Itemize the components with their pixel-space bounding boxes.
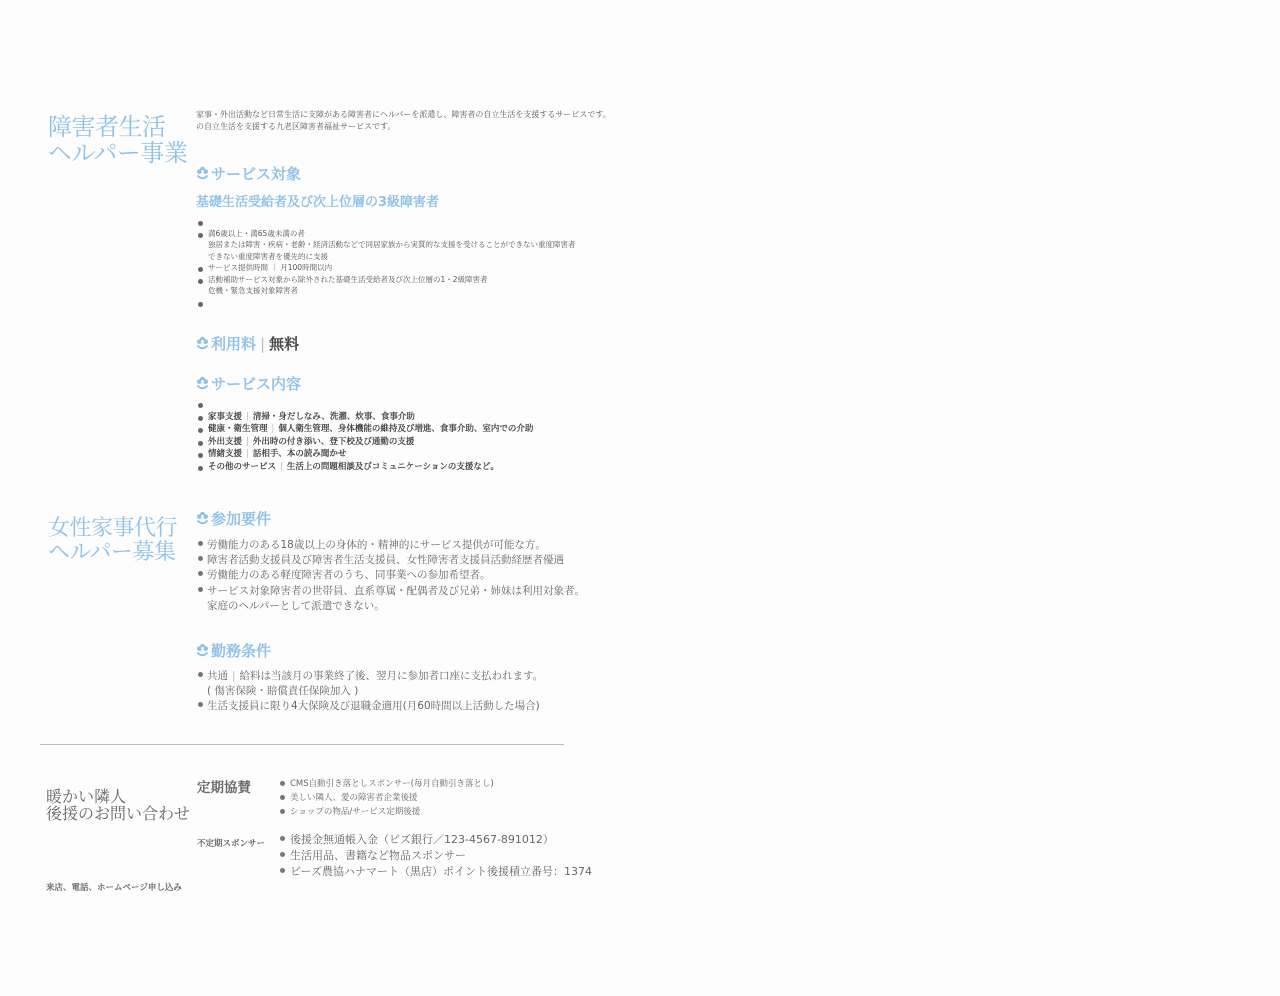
item-label: 外出支援 bbox=[208, 437, 242, 447]
title-line: ヘルパー事業 bbox=[48, 140, 187, 166]
item-label: その他のサービス bbox=[208, 462, 276, 472]
list-item: 外出支援|外出時の付き添い、登下校及び通勤の支援 bbox=[196, 436, 616, 449]
flower-icon bbox=[196, 376, 209, 392]
requirements-heading: 参加要件 bbox=[196, 508, 271, 529]
apply-note: 来店、電話、ホームページ申し込み bbox=[46, 881, 182, 893]
list-item: ビーズ農協ハナマート（黒店）ポイント後援積立番号：1374 bbox=[279, 864, 619, 880]
list-item: CMS自動引き落としスポンサー(毎月自動引き落とし) bbox=[279, 777, 579, 791]
list-item: 労働能力のある軽度障害者のうち、同事業への参加希望者。 bbox=[197, 568, 617, 583]
title-line: 暖かい隣人 bbox=[46, 788, 190, 805]
heading-text: サービス内容 bbox=[211, 373, 301, 394]
title-line: 後援のお問い合わせ bbox=[46, 805, 190, 822]
title-line: 障害者生活 bbox=[48, 114, 187, 140]
list-item: 共通|給料は当該月の事業終了後、翌月に参加者口座に支払われます。 bbox=[197, 669, 617, 684]
list-item: 健康・衛生管理|個人衛生管理、身体機能の維持及び増進、食事介助、室内での介助 bbox=[196, 423, 616, 436]
section-divider bbox=[40, 744, 564, 745]
item-desc: 生活上の問題相談及びコミュニケーションの支援など。 bbox=[287, 462, 499, 472]
support-title: 暖かい隣人 後援のお問い合わせ bbox=[46, 788, 190, 822]
item-label: 情緒支援 bbox=[208, 449, 242, 459]
service-target-list: 満6歳以上・満65歳未満の者 独居または障害・疾病・老齢・経済活動などで同居家族… bbox=[196, 216, 616, 308]
title-line: ヘルパー募集 bbox=[48, 541, 177, 565]
list-item: 生活用品、書籍など物品スポンサー bbox=[279, 848, 619, 864]
regular-sponsor-list: CMS自動引き落としスポンサー(毎月自動引き落とし) 美しい隣人、愛の障害者企業… bbox=[279, 777, 579, 819]
item-desc: 清掃・身だしなみ、洗濯、炊事、食事介助 bbox=[253, 412, 415, 422]
intro-line: の自立生活を支援する九老区障害者福祉サービスです。 bbox=[196, 121, 611, 133]
fee-heading: 利用料 | 無料 bbox=[196, 333, 299, 354]
list-item-continuation: 危機・緊急支援対象障害者 bbox=[196, 285, 616, 297]
item-label: 家事支援 bbox=[208, 412, 242, 422]
list-item: その他のサービス|生活上の問題相談及びコミュニケーションの支援など。 bbox=[196, 461, 616, 474]
service-content-list: 家事支援|清掃・身だしなみ、洗濯、炊事、食事介助 健康・衛生管理|個人衛生管理、… bbox=[196, 398, 616, 474]
conditions-heading: 勤務条件 bbox=[196, 640, 271, 661]
flower-icon bbox=[196, 166, 209, 182]
list-item: 障害者活動支援員及び障害者生活支援員、女性障害者支援員活動経歴者優遇 bbox=[197, 553, 617, 568]
list-item-continuation: 独居または障害・疾病・老齢・経済活動などで同居家族から実質的な支援を受けることが… bbox=[196, 239, 616, 251]
conditions-list: 共通|給料は当該月の事業終了後、翌月に参加者口座に支払われます。 ( 傷害保険・… bbox=[197, 669, 617, 715]
regular-sponsor-label: 定期協賛 bbox=[197, 776, 251, 796]
flower-icon bbox=[196, 336, 209, 352]
separator: | bbox=[260, 335, 265, 353]
list-item: 生活支援員に限り4大保険及び退職金適用(月60時間以上活動した場合) bbox=[197, 699, 617, 714]
list-item-continuation: 家庭のヘルパーとして派遣できない。 bbox=[197, 599, 617, 614]
list-item-continuation: できない重度障害者を優先的に支援 bbox=[196, 251, 616, 263]
list-item bbox=[196, 297, 616, 309]
heading-text: 参加要件 bbox=[211, 508, 271, 529]
title-line: 女性家事代行 bbox=[48, 517, 177, 541]
list-item-continuation: ( 傷害保険・賠償責任保険加入 ) bbox=[197, 684, 617, 699]
list-item bbox=[196, 398, 616, 411]
item-desc: 話相手、本の読み聞かせ bbox=[253, 449, 347, 459]
item-label: 健康・衛生管理 bbox=[208, 424, 268, 434]
service-content-heading: サービス内容 bbox=[196, 373, 301, 394]
list-item: 活動補助サービス対象から除外された基礎生活受給者及び次上位層の1・2級障害者 bbox=[196, 274, 616, 286]
item-label: 共通 bbox=[207, 670, 228, 682]
fee-value: 無料 bbox=[269, 333, 299, 354]
list-item: ショップの物品/サービス定期後援 bbox=[279, 805, 579, 819]
list-item: 労働能力のある18歳以上の身体的・精神的にサービス提供が可能な方。 bbox=[197, 538, 617, 553]
flower-icon bbox=[196, 511, 209, 527]
list-item: サービス対象障害者の世帯員、直系尊属・配偶者及び兄弟・姉妹は利用対象者。 bbox=[197, 584, 617, 599]
item-desc: 個人衛生管理、身体機能の維持及び増進、食事介助、室内での介助 bbox=[278, 424, 533, 434]
service-target-subheading: 基礎生活受給者及び次上位層の3級障害者 bbox=[196, 191, 439, 210]
irregular-sponsor-list: 後援金無通帳入金（ビズ銀行／123-4567-891012） 生活用品、書籍など… bbox=[279, 832, 619, 880]
requirements-list: 労働能力のある18歳以上の身体的・精神的にサービス提供が可能な方。 障害者活動支… bbox=[197, 538, 617, 614]
item-desc: 外出時の付き添い、登下校及び通勤の支援 bbox=[253, 437, 415, 447]
list-item: 家事支援|清掃・身だしなみ、洗濯、炊事、食事介助 bbox=[196, 411, 616, 424]
list-item: 美しい隣人、愛の障害者企業後援 bbox=[279, 791, 579, 805]
irregular-sponsor-label: 不定期スポンサー bbox=[197, 837, 265, 849]
list-item: サービス提供時間 ｜ 月100時間以内 bbox=[196, 262, 616, 274]
list-item: 満6歳以上・満65歳未満の者 bbox=[196, 228, 616, 240]
list-item: 情緒支援|話相手、本の読み聞かせ bbox=[196, 448, 616, 461]
service-target-heading: サービス対象 bbox=[196, 163, 301, 184]
list-item bbox=[196, 216, 616, 228]
list-item: 後援金無通帳入金（ビズ銀行／123-4567-891012） bbox=[279, 832, 619, 848]
heading-text: 勤務条件 bbox=[211, 640, 271, 661]
helper-service-intro: 家事・外出活動など日常生活に支障がある障害者にヘルパーを派遣し、障害者の自立生活… bbox=[196, 109, 611, 133]
item-text: 給料は当該月の事業終了後、翌月に参加者口座に支払われます。 bbox=[240, 670, 544, 682]
helper-service-title: 障害者生活 ヘルパー事業 bbox=[48, 114, 187, 166]
heading-text: 利用料 bbox=[211, 333, 256, 354]
heading-text: サービス対象 bbox=[211, 163, 301, 184]
recruit-title: 女性家事代行 ヘルパー募集 bbox=[48, 517, 177, 565]
flower-icon bbox=[196, 643, 209, 659]
intro-line: 家事・外出活動など日常生活に支障がある障害者にヘルパーを派遣し、障害者の自立生活… bbox=[196, 109, 611, 121]
